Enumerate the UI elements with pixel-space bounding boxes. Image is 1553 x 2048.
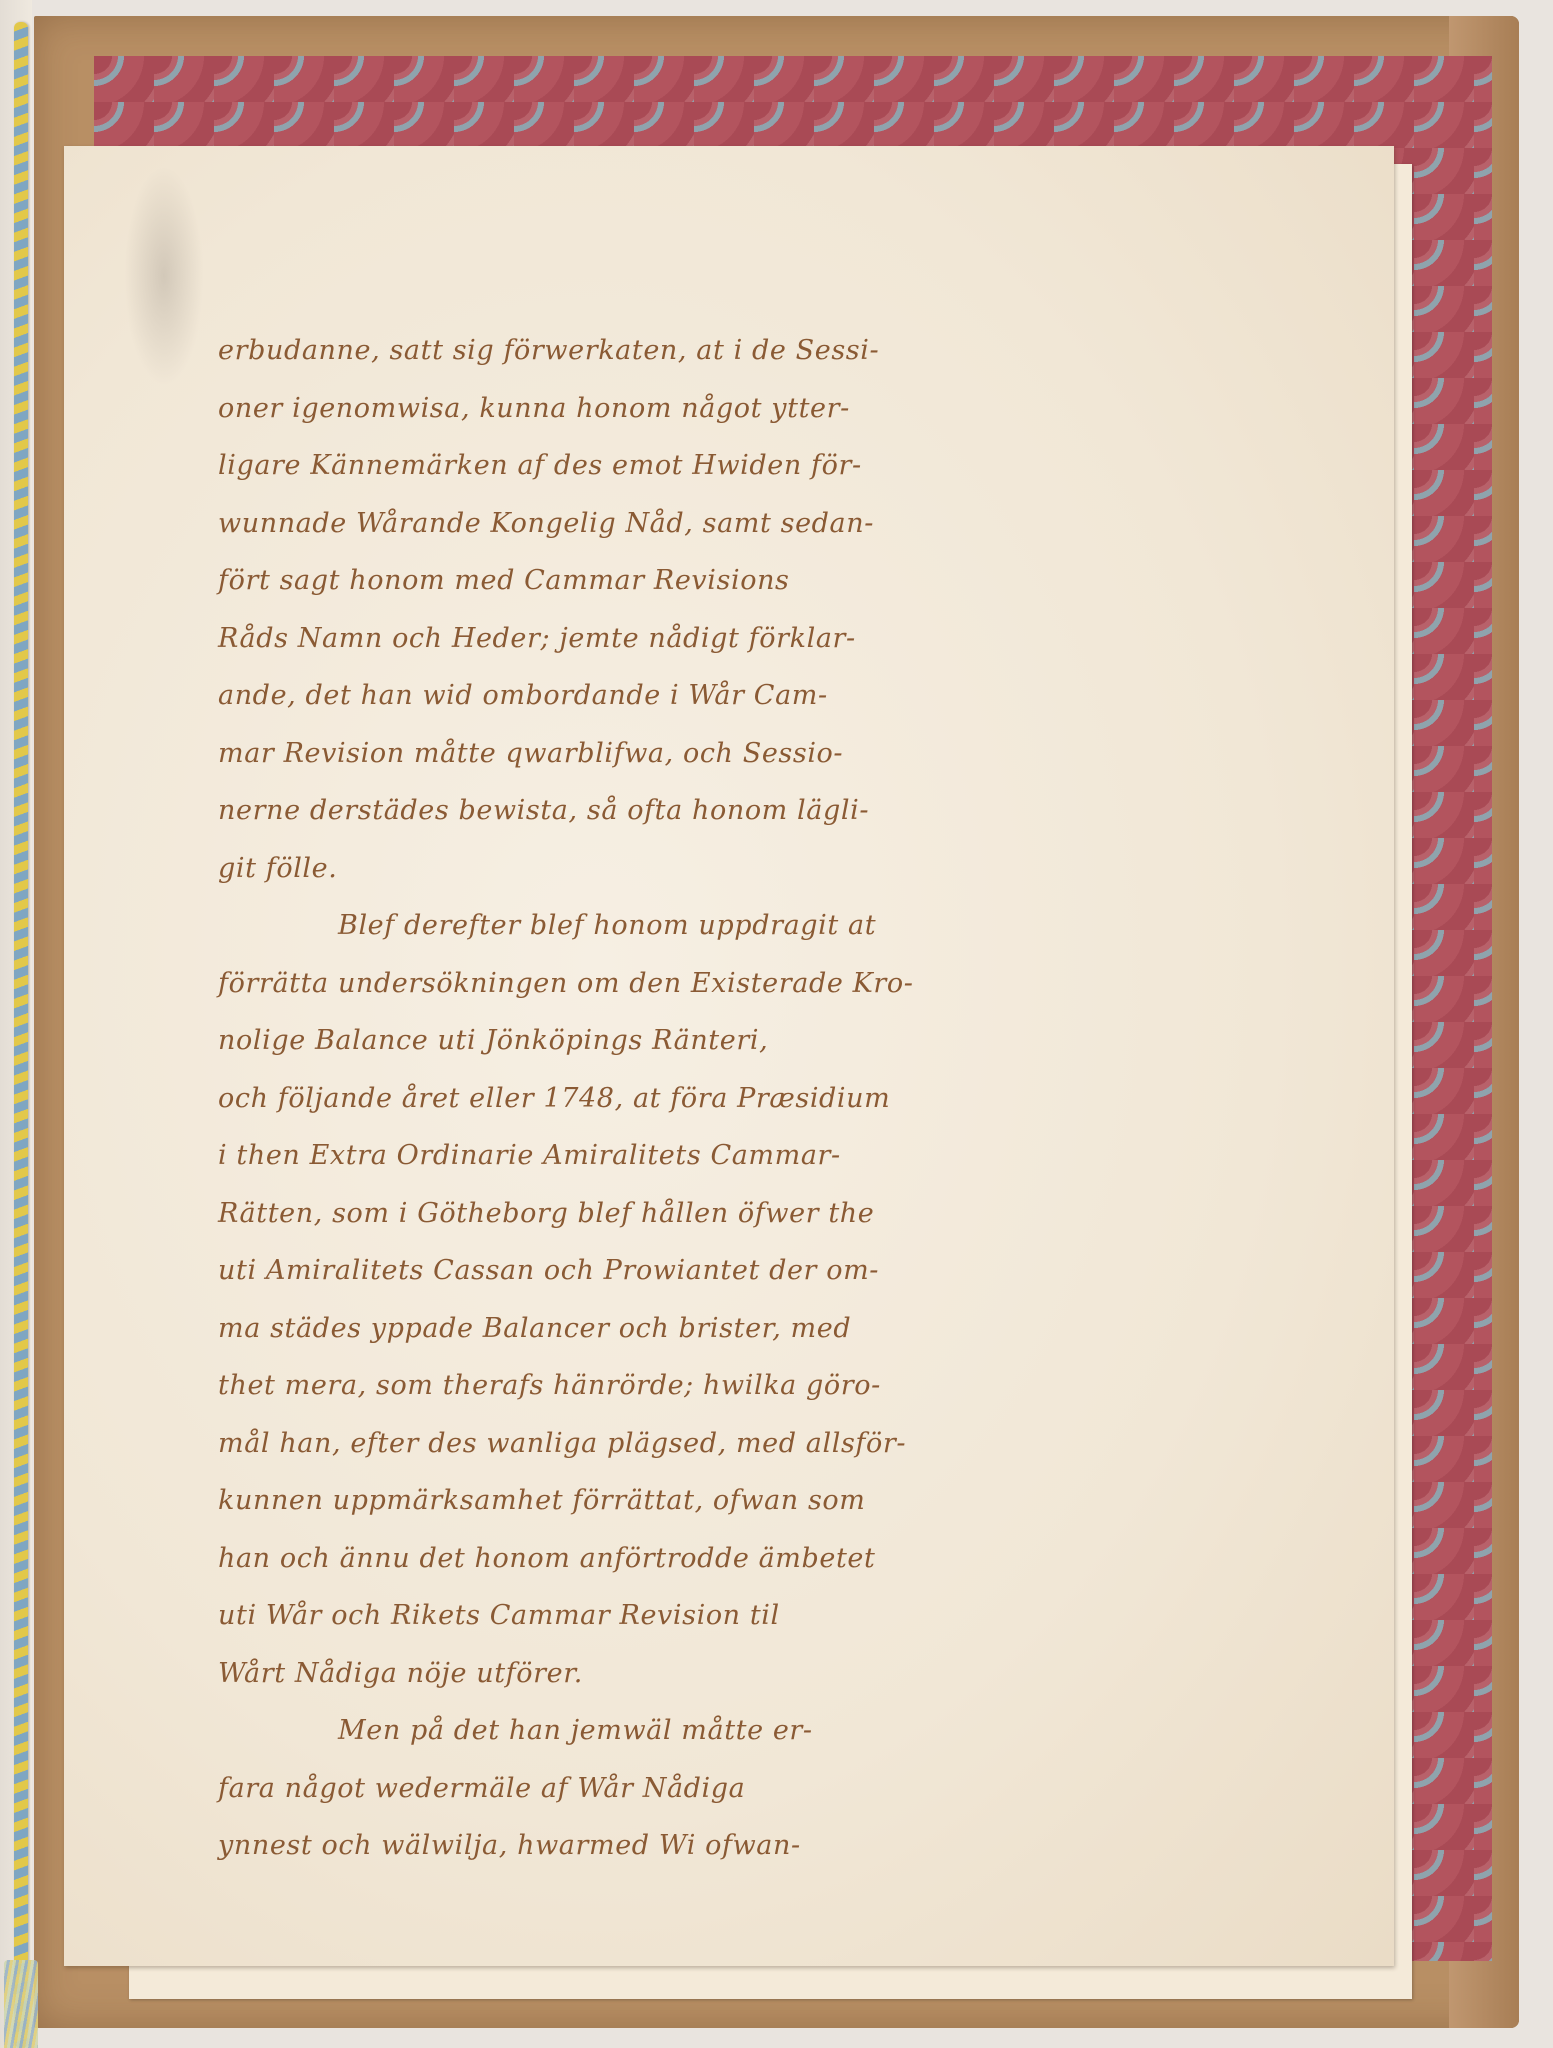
manuscript-line: han och ännu det honom anförtrodde ämbet… [218,1530,1268,1588]
manuscript-line: kunnen uppmärksamhet förrättat, ofwan so… [218,1472,1268,1530]
manuscript-line: uti Wår och Rikets Cammar Revision til [218,1587,1268,1645]
manuscript-line: ma städes yppade Balancer och brister, m… [218,1300,1268,1358]
manuscript-line: erbudanne, satt sig förwerkaten, at i de… [218,322,1268,380]
manuscript-line: ande, det han wid ombordande i Wår Cam- [218,667,1268,725]
manuscript-line: fara något wedermäle af Wår Nådiga [218,1760,1268,1818]
manuscript-line: wunnade Wårande Kongelig Nåd, samt sedan… [218,495,1268,553]
cord-tassel [4,1960,38,2048]
manuscript-line: mar Revision måtte qwarblifwa, och Sessi… [218,725,1268,783]
manuscript-line: fört sagt honom med Cammar Revisions [218,552,1268,610]
manuscript-line: Wårt Nådiga nöje utförer. [218,1645,1268,1703]
manuscript-line: mål han, efter des wanliga plägsed, med … [218,1415,1268,1473]
manuscript-line: förrätta undersökningen om den Existerad… [218,955,1268,1013]
manuscript-line: ligare Kännemärken af des emot Hwiden fö… [218,437,1268,495]
manuscript-line: nolige Balance uti Jönköpings Ränteri, [218,1012,1268,1070]
manuscript-line: oner igenomwisa, kunna honom något ytter… [218,380,1268,438]
binding-cord [14,22,28,2048]
manuscript-line: Råds Namn och Heder; jemte nådigt förkla… [218,610,1268,668]
manuscript-line: ynnest och wälwilja, hwarmed Wi ofwan- [218,1817,1268,1875]
manuscript-line: Rätten, som i Götheborg blef hållen öfwe… [218,1185,1268,1243]
manuscript-line-paragraph-start: Blef derefter blef honom uppdragit at [218,897,1268,955]
manuscript-line: och följande året eller 1748, at föra Pr… [218,1070,1268,1128]
manuscript-line: git fölle. [218,840,1268,898]
manuscript-line: nerne derstädes bewista, så ofta honom l… [218,782,1268,840]
manuscript-line-paragraph-start: Men på det han jemwäl måtte er- [218,1702,1268,1760]
manuscript-line: thet mera, som therafs hänrörde; hwilka … [218,1357,1268,1415]
manuscript-line: uti Amiralitets Cassan och Prowiantet de… [218,1242,1268,1300]
gutter-stain [124,166,204,386]
manuscript-line: i then Extra Ordinarie Amiralitets Camma… [218,1127,1268,1185]
manuscript-text: erbudanne, satt sig förwerkaten, at i de… [218,322,1268,1875]
